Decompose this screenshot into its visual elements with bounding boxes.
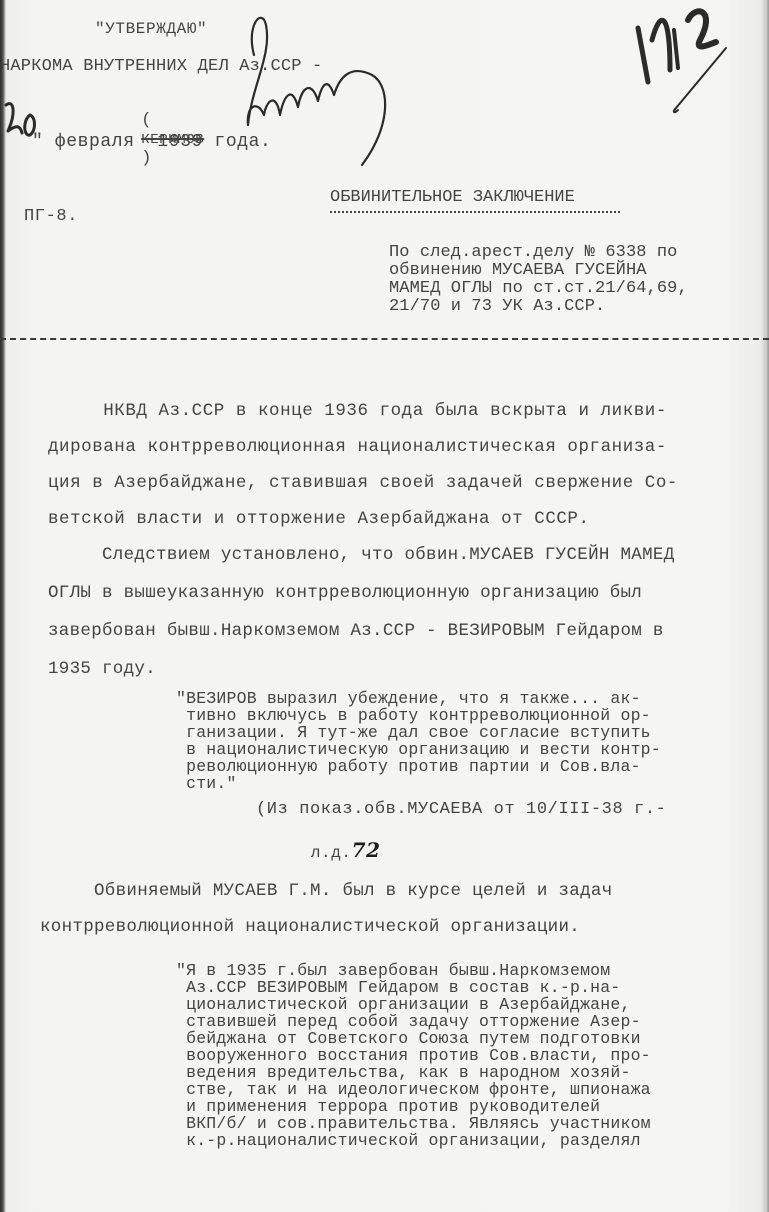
quote-line: революционную работу против партии и Сов…	[176, 758, 661, 775]
quote-line: ционалистической организации в Азербайдж…	[176, 996, 651, 1013]
approval-stamp: "УТВЕРЖДАЮ"	[95, 20, 207, 38]
quote-line: Аз.ССР ВЕЗИРОВЫМ Гейдаром в состав к.-р.…	[176, 979, 651, 996]
quote-1-sheet: л.д.72	[270, 820, 381, 880]
quote-line: бейджана от Советского Союза путем подго…	[176, 1030, 651, 1047]
separator-line	[0, 338, 769, 340]
quote-line: сти."	[176, 775, 661, 792]
case-reference-line: обвинению МУСАЕВА ГУСЕЙНА	[389, 262, 688, 280]
quote-1-source: (Из показ.обв.МУСАЕВА от 10/III-38 г.-	[256, 800, 666, 819]
paragraph-line: Обвиняемый МУСАЕВ Г.М. был в курсе целей…	[40, 873, 613, 909]
quote-line: вооруженного восстания против Сов.власти…	[176, 1047, 651, 1064]
signature	[232, 5, 402, 175]
paragraph-1: НКВД Аз.ССР в конце 1936 года была вскры…	[48, 393, 678, 537]
quote-line: ведения вредительства, как в народном хо…	[176, 1064, 651, 1081]
handwritten-day-20	[0, 95, 40, 145]
quote-2: "Я в 1935 г.был завербован бывш.Наркомзе…	[176, 962, 651, 1149]
case-reference-line: МАМЕД ОГЛЫ по ст.ст.21/64,69,	[389, 280, 688, 298]
quote-line: к.-р.националистической организации, раз…	[176, 1132, 651, 1149]
archive-number-122	[630, 0, 750, 120]
paragraph-line: 1935 году.	[48, 650, 675, 688]
paragraph-line: дирована контрреволюционная националисти…	[48, 429, 678, 465]
case-code: ПГ-8.	[24, 207, 78, 226]
paragraph-line: ция в Азербайджане, ставившая своей зада…	[48, 465, 678, 501]
quote-line: "ВЕЗИРОВ выразил убеждение, что я также.…	[176, 690, 661, 707]
title-underline	[330, 211, 620, 213]
quote-line: стве, так и на идеологическом фронте, шп…	[176, 1081, 651, 1098]
sheet-prefix: л.д.	[311, 844, 352, 862]
quote-line: тивно включусь в работу контрреволюционн…	[176, 707, 661, 724]
quote-line: ганизации. Я тут-же дал свое согласие вс…	[176, 724, 661, 741]
paragraph-line: контрреволюционной националистической ор…	[40, 909, 613, 945]
quote-line: и применения террора против руководителе…	[176, 1098, 651, 1115]
quote-line: "Я в 1935 г.был завербован бывш.Наркомзе…	[176, 962, 651, 979]
quote-line: ВКП/б/ и сов.правительства. Являясь учас…	[176, 1115, 651, 1132]
document-title: ОБВИНИТЕЛЬНОЕ ЗАКЛЮЧЕНИЕ	[330, 188, 575, 207]
paragraph-line: завербован бывш.Наркомземом Аз.ССР - ВЕЗ…	[48, 612, 675, 650]
sheet-number-handwritten: 72	[352, 838, 381, 862]
paragraph-line: НКВД Аз.ССР в конце 1936 года была вскры…	[48, 393, 678, 429]
case-reference: По след.арест.делу № 6338 по обвинению М…	[389, 244, 688, 316]
case-reference-line: 21/70 и 73 УК Аз.ССР.	[389, 298, 688, 316]
paragraph-line: ОГЛЫ в вышеуказанную контрреволюционную …	[48, 574, 675, 612]
quote-1: "ВЕЗИРОВ выразил убеждение, что я также.…	[176, 690, 661, 792]
quote-line: в националистическую организацию и вести…	[176, 741, 661, 758]
paragraph-3: Обвиняемый МУСАЕВ Г.М. был в курсе целей…	[40, 873, 613, 945]
paragraph-line: Следствием установлено, что обвин.МУСАЕВ…	[48, 536, 675, 574]
paragraph-2: Следствием установлено, что обвин.МУСАЕВ…	[48, 536, 675, 688]
document-page: "УТВЕРЖДАЮ" НАРКОМА ВНУТРЕННИХ ДЕЛ Аз.СС…	[0, 0, 769, 1212]
quote-line: ставившей перед собой задачу отторжение …	[176, 1013, 651, 1030]
paragraph-line: ветской власти и отторжение Азербайджана…	[48, 501, 678, 537]
case-reference-line: По след.арест.делу № 6338 по	[389, 244, 688, 262]
name-paren-open: (	[141, 111, 152, 130]
